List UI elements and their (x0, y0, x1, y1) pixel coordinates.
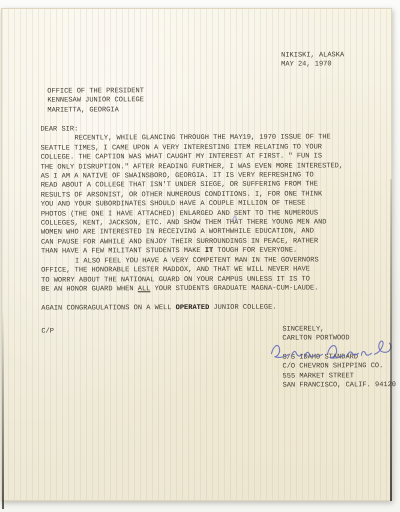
recipient-line: MARIETTA, GEORGIA (47, 106, 144, 116)
recipient-line: OFFICE OF THE PRESIDENT (47, 87, 144, 97)
body-text: JUNIOR COLLEGE. (209, 303, 276, 311)
pencil-caret-mark (231, 214, 239, 224)
overstruck-word: IT (205, 247, 213, 255)
body-text: BE AN HONOR GUARD WHEN (41, 285, 138, 293)
handwritten-signature (265, 337, 393, 366)
dateline: NIKISKI, ALASKA MAY 24, 1970 (281, 51, 344, 70)
paper-right-edge-shadow (390, 179, 392, 501)
overstruck-word: OPERATED (176, 304, 210, 312)
complimentary-close: SINCERELY, (282, 325, 395, 335)
signature-address-line: 555 MARKET STREET (283, 372, 396, 382)
body-text: YOUR STUDENTS GRADUATE MAGNA-CUM-LAUDE. (150, 284, 318, 293)
typist-reference: C/P (41, 328, 54, 337)
dateline-date: MAY 24, 1970 (281, 61, 344, 71)
letter-content: NIKISKI, ALASKA MAY 24, 1970 OFFICE OF T… (1, 8, 392, 501)
recipient-address: OFFICE OF THE PRESIDENT KENNESAW JUNIOR … (47, 87, 144, 116)
body-text: TOUGH FOR EVERYONE. (213, 247, 297, 255)
body-text: AGAIN CONGRAGULATIONS ON A WELL (41, 304, 175, 313)
paper-left-edge-shadow (2, 309, 4, 509)
dateline-location: NIKISKI, ALASKA (281, 51, 344, 61)
body-line: RECENTLY, WHILE GLANCING THROUGH THE MAY… (40, 134, 375, 145)
letter-paper: NIKISKI, ALASKA MAY 24, 1970 OFFICE OF T… (1, 8, 392, 501)
closing-line: AGAIN CONGRAGULATIONS ON A WELL OPERATED… (41, 303, 376, 314)
body-text: THAN HAVE A FEW MILITANT STUDENTS MAKE (41, 247, 205, 256)
recipient-line: KENNESAW JUNIOR COLLEGE (47, 97, 144, 107)
underlined-word: ALL (138, 285, 151, 293)
signature-address-line: SAN FRANCISCO, CALIF. 94120 (283, 381, 396, 391)
letter-body: DEAR SIR: RECENTLY, WHILE GLANCING THROU… (40, 124, 376, 314)
